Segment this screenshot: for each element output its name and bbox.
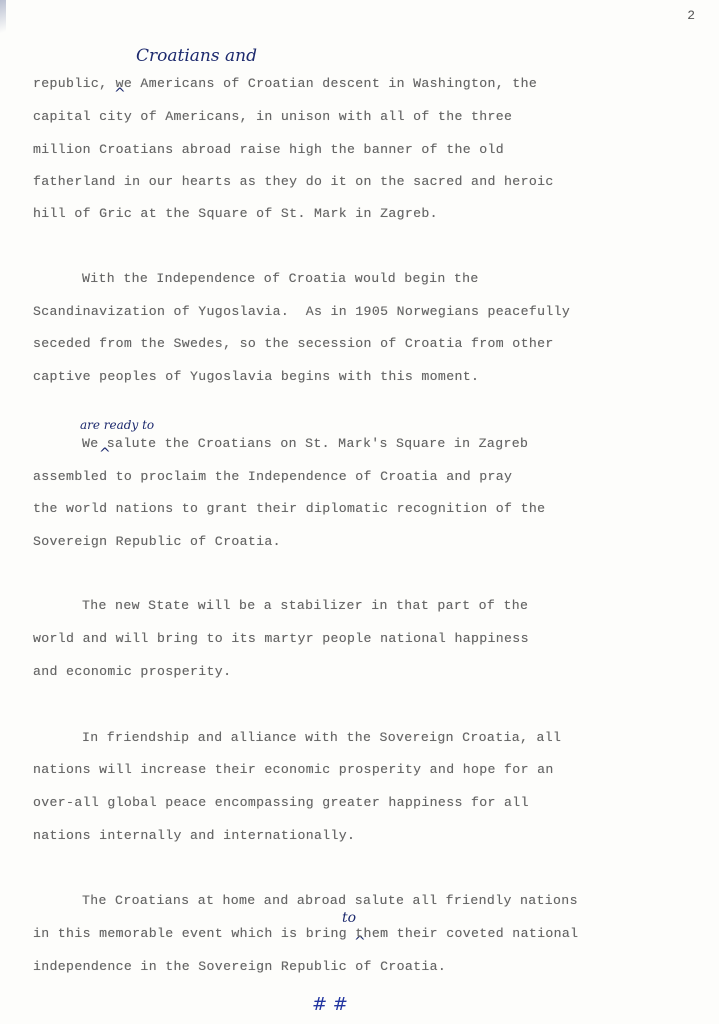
text-line: nations internally and internationally. [33, 828, 355, 843]
scan-edge [0, 0, 6, 40]
text-line: nations will increase their economic pro… [33, 762, 554, 777]
text-line: capital city of Americans, in unison wit… [33, 109, 512, 124]
text-line: assembled to proclaim the Independence o… [33, 469, 512, 484]
text-line: Scandinavization of Yugoslavia. As in 19… [33, 304, 570, 319]
text-line: Sovereign Republic of Croatia. [33, 534, 281, 549]
text-line: In friendship and alliance with the Sove… [82, 730, 561, 745]
end-mark: # # [312, 994, 348, 1015]
text-line: fatherland in our hearts as they do it o… [33, 174, 554, 189]
text-line: republic, we Americans of Croatian desce… [33, 76, 537, 91]
handwritten-insertion: to [342, 910, 356, 926]
text-line: seceded from the Swedes, so the secessio… [33, 336, 554, 351]
text-line: the world nations to grant their diploma… [33, 501, 545, 516]
text-line: The new State will be a stabilizer in th… [82, 598, 528, 613]
text-line: hill of Gric at the Square of St. Mark i… [33, 206, 438, 221]
text-line: With the Independence of Croatia would b… [82, 271, 479, 286]
page-number: 2 [687, 8, 695, 23]
text-line: We salute the Croatians on St. Mark's Sq… [82, 436, 528, 451]
text-line: million Croatians abroad raise high the … [33, 142, 504, 157]
text-line: in this memorable event which is bring t… [33, 926, 578, 941]
handwritten-insertion: are ready to [80, 418, 154, 432]
text-line: independence in the Sovereign Republic o… [33, 959, 446, 974]
handwritten-insertion: Croatians and [136, 46, 257, 66]
text-line: world and will bring to its martyr peopl… [33, 631, 529, 646]
text-line: and economic prosperity. [33, 664, 231, 679]
text-line: The Croatians at home and abroad salute … [82, 893, 578, 908]
text-line: captive peoples of Yugoslavia begins wit… [33, 369, 479, 384]
text-line: over-all global peace encompassing great… [33, 795, 529, 810]
